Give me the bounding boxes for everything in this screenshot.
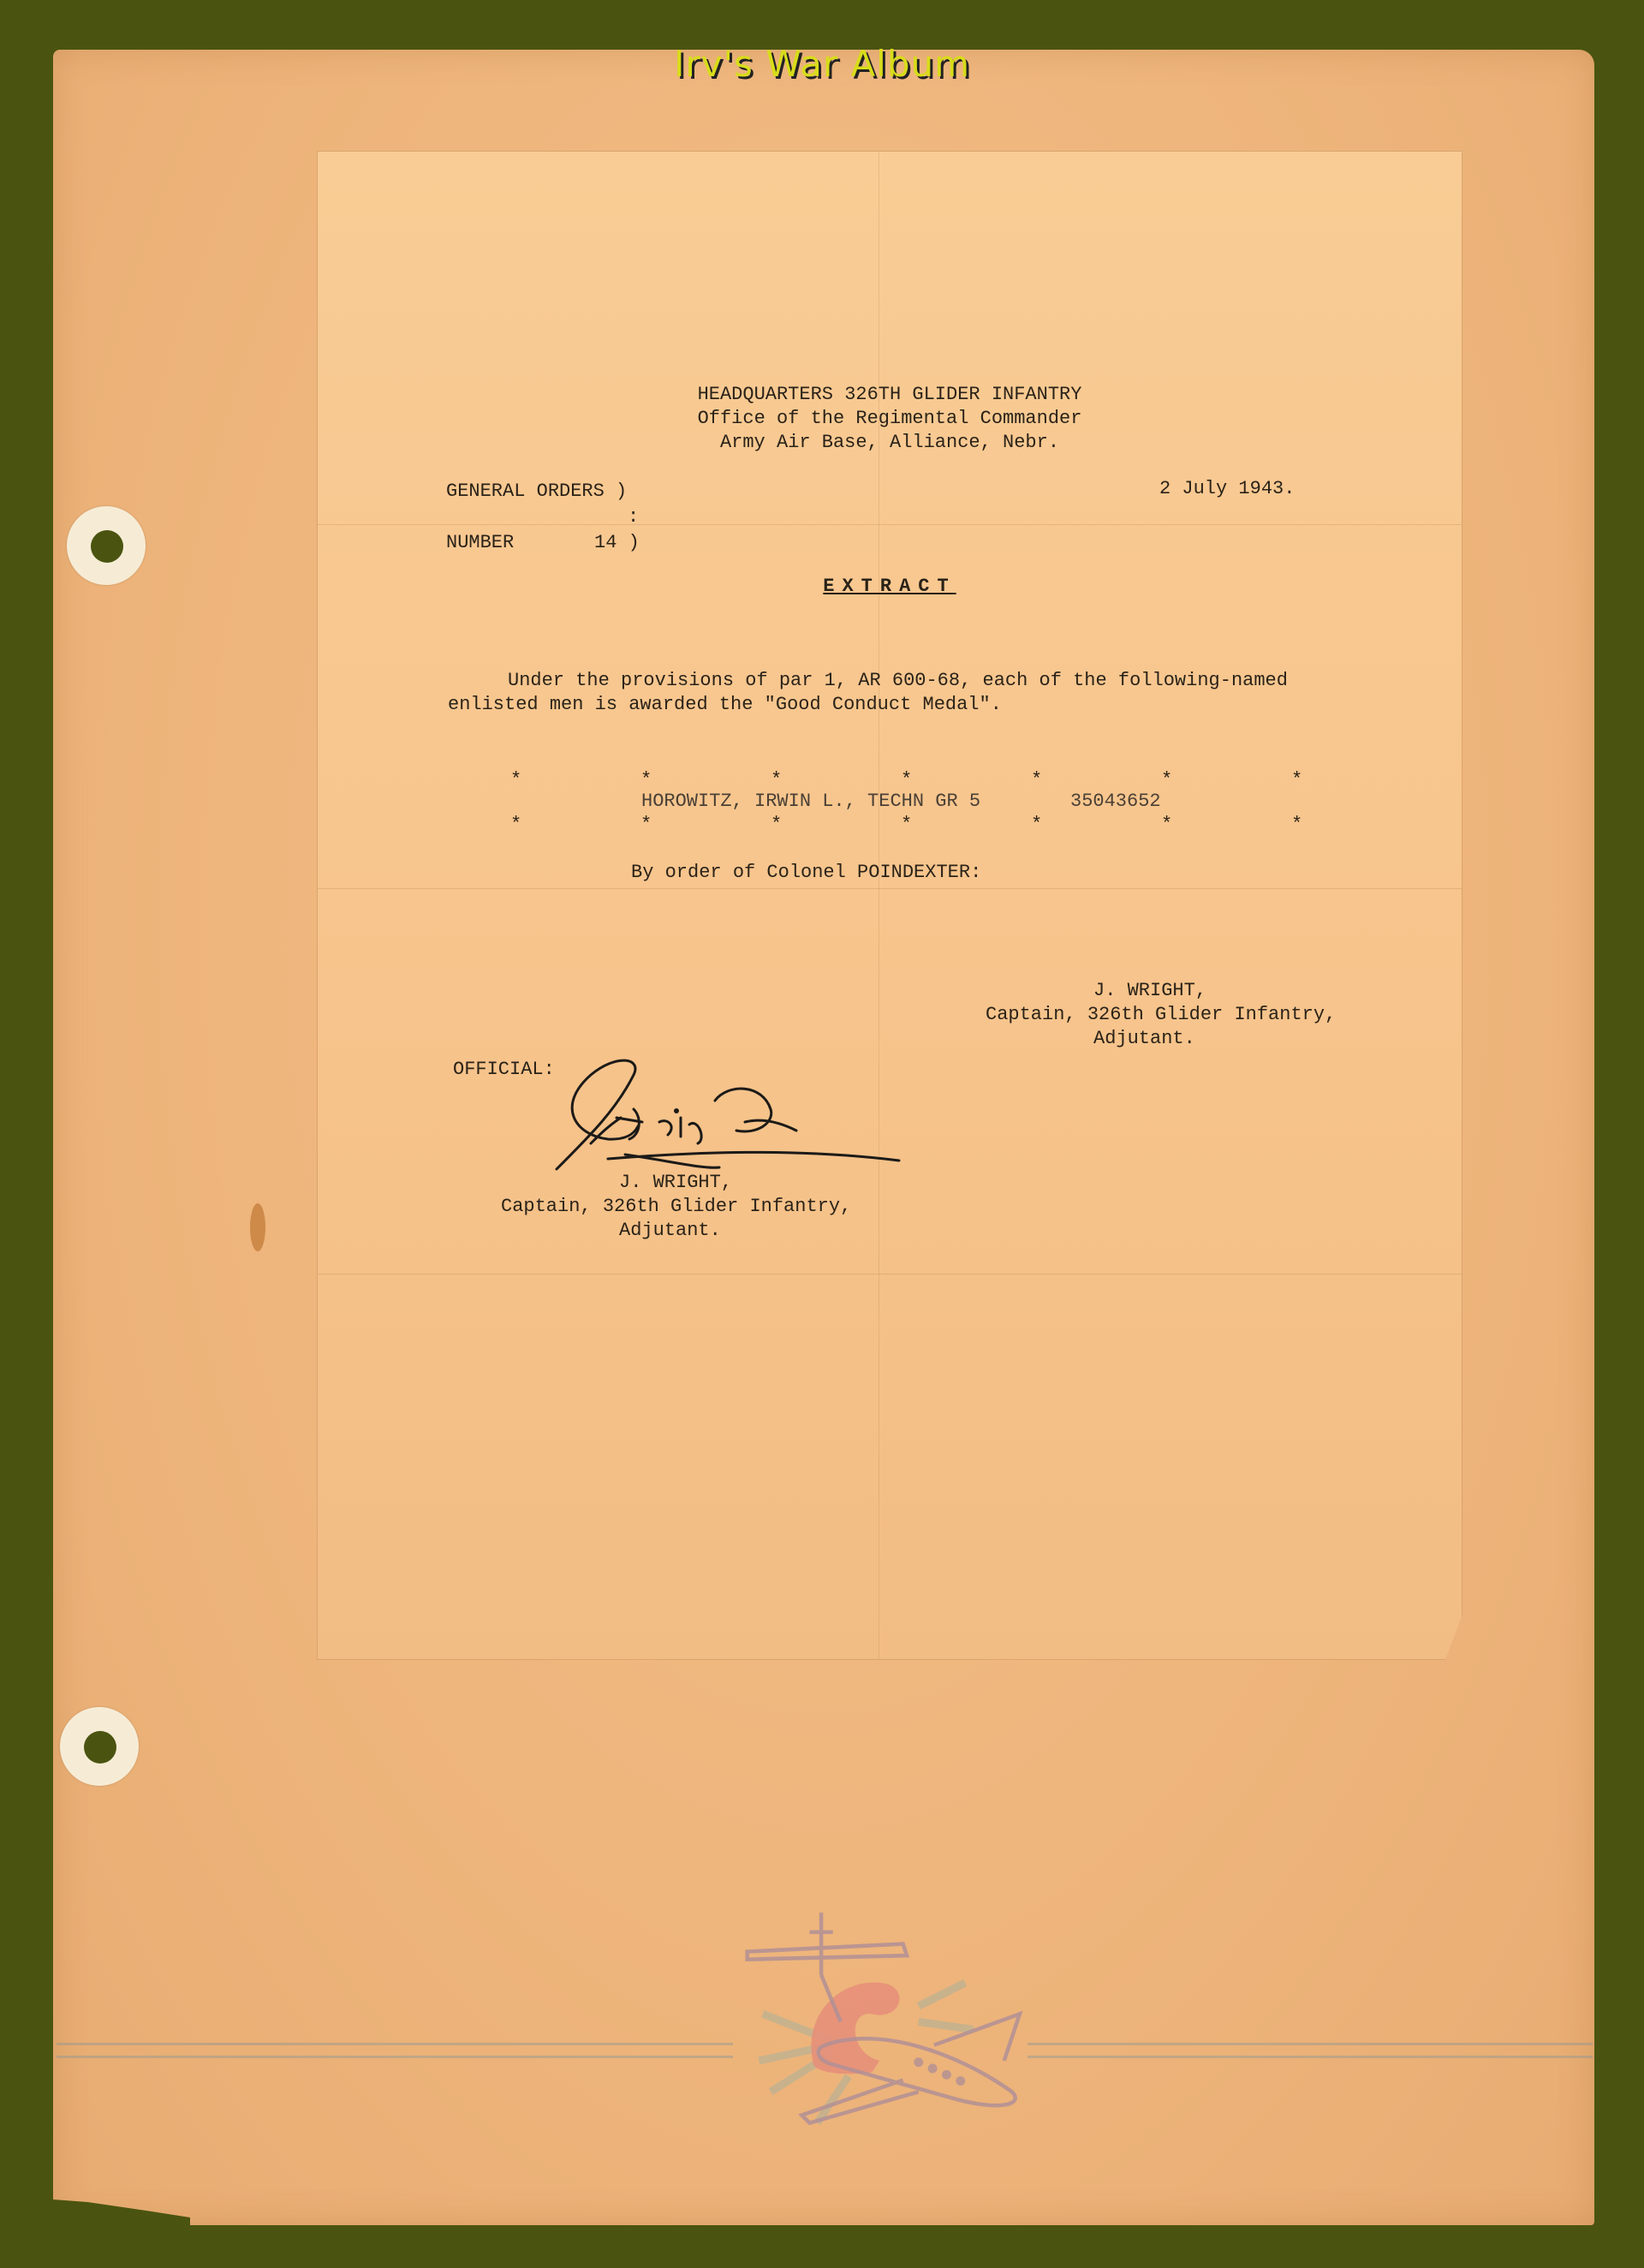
signatory-bottom-title: Captain, 326th Glider Infantry,	[501, 1195, 851, 1219]
handwritten-signature	[539, 1058, 916, 1195]
header-line-1: HEADQUARTERS 326TH GLIDER INFANTRY	[318, 383, 1462, 407]
recipient-serial: 35043652	[1070, 790, 1161, 814]
header-line-2: Office of the Regimental Commander	[318, 407, 1462, 431]
general-orders-label: GENERAL ORDERS )	[446, 480, 627, 504]
body-line-2: enlisted men is awarded the "Good Conduc…	[448, 693, 1002, 717]
album-title: Irv's War Album	[0, 43, 1644, 85]
paper-stain	[250, 1203, 265, 1251]
signatory-top-name: J. WRIGHT,	[1093, 979, 1206, 1003]
decorative-rule-left-2	[57, 2056, 733, 2058]
signatory-top-role: Adjutant.	[1093, 1027, 1195, 1051]
order-colon: :	[628, 505, 639, 529]
punch-hole-bottom	[60, 1707, 139, 1786]
signatory-bottom-role: Adjutant.	[619, 1219, 721, 1243]
extract-title: EXTRACT	[318, 575, 1462, 599]
decorative-rule-left	[57, 2043, 733, 2045]
punch-hole-top	[67, 506, 146, 585]
order-number: 14 )	[594, 531, 640, 555]
signatory-top-title: Captain, 326th Glider Infantry,	[986, 1003, 1336, 1027]
by-order-line: By order of Colonel POINDEXTER:	[631, 861, 981, 885]
order-number-label: NUMBER	[446, 531, 514, 555]
decorative-rule-right-2	[1027, 2056, 1593, 2058]
recipient-name: HOROWITZ, IRWIN L., TECHN GR 5	[641, 790, 980, 814]
header-line-3: Army Air Base, Alliance, Nebr.	[318, 431, 1462, 455]
order-date: 2 July 1943.	[1159, 477, 1295, 501]
glider-airplane-emblem-icon	[719, 1897, 1079, 2154]
general-order-document: HEADQUARTERS 326TH GLIDER INFANTRY Offic…	[317, 151, 1462, 1660]
decorative-rule-right	[1027, 2043, 1593, 2045]
body-line-1: Under the provisions of par 1, AR 600-68…	[508, 669, 1288, 693]
